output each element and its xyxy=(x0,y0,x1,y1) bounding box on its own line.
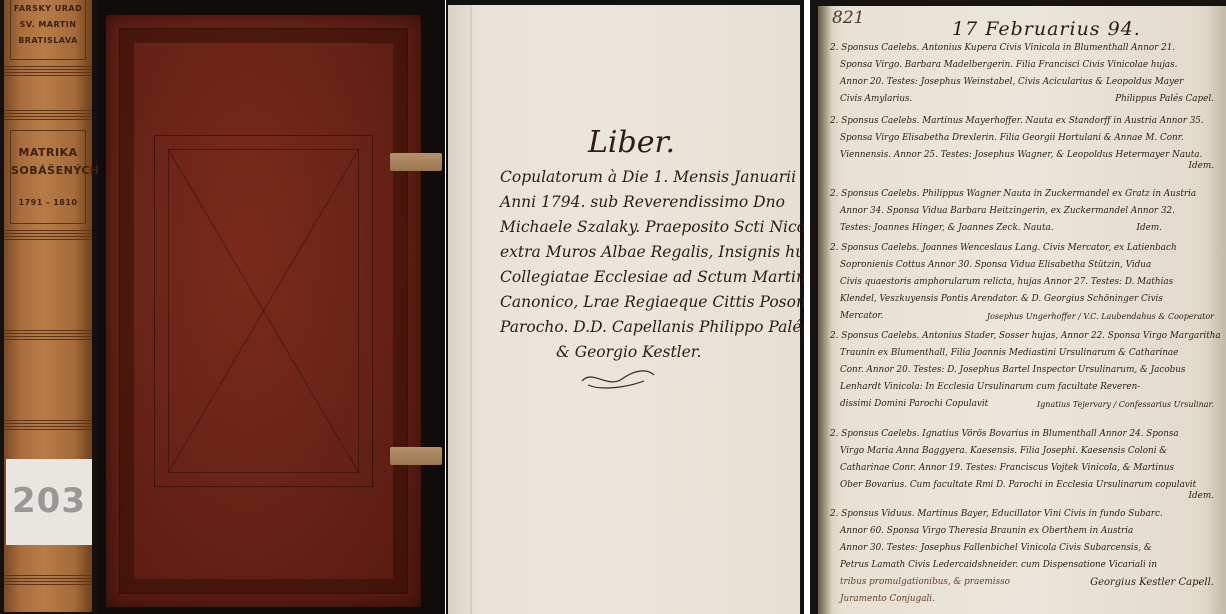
entry-line: Sopronienis Cottus Annor 30. Sponsa Vidu… xyxy=(830,257,1222,274)
title-line: Collegiatae Ecclesiae ad Sctum Martinum xyxy=(500,265,800,290)
shelf-number: 203 xyxy=(6,481,92,521)
spine-title-line-1: MATRIKA xyxy=(11,145,85,160)
entry-line: 2. Sponsus Caelebs. Philippus Wagner Nau… xyxy=(830,186,1222,203)
entry-line: Viennensis. Annor 25. Testes: Josephus W… xyxy=(830,147,1222,164)
title-line: & Georgio Kestler. xyxy=(500,340,800,365)
folio-number: 821 xyxy=(832,8,864,28)
spine-top-line-3: BRATISLAVA xyxy=(11,35,85,46)
entry-line: 2. Sponsus Caelebs. Martinus Mayerhoffer… xyxy=(830,113,1222,130)
entry-line: 2. Sponsus Caelebs. Ignatius Vörös Bovar… xyxy=(830,426,1222,443)
spine-years: 1791 - 1810 xyxy=(11,197,85,208)
title-line: Canonico, Lrae Regiaeque Cittis Posonien… xyxy=(500,290,800,315)
title-heading: Liber. xyxy=(588,125,675,160)
entry-line: Traunin ex Blumenthall, Filia Joannis Me… xyxy=(830,345,1222,362)
marriage-entry: 2. Sponsus Caelebs. Martinus Mayerhoffer… xyxy=(830,113,1222,172)
title-line: Anni 1794. sub Reverendissimo Dno xyxy=(500,190,800,215)
entry-line: Ober Bovarius. Cum facultate Rmi D. Paro… xyxy=(830,477,1222,494)
page-fold xyxy=(470,5,472,614)
entry-line: Annor 34. Sponsa Vidua Barbara Heitzinge… xyxy=(830,203,1222,220)
title-line: Parocho. D.D. Capellanis Philippo Palés xyxy=(500,315,800,340)
entry-line: 2. Sponsus Viduus. Martinus Bayer, Educi… xyxy=(830,506,1222,523)
spine-title-label: MATRIKA SOBÁŠENÝCH 1791 - 1810 xyxy=(10,130,86,224)
register-page-panel: 821 17 Februarius 94. 2. Sponsus Caelebs… xyxy=(810,0,1226,614)
spine-band xyxy=(4,420,92,430)
entry-line: Klendel, Veszkuyensis Pontis Arendator. … xyxy=(830,291,1222,308)
entry-line: Petrus Lamath Civis Ledercaidshneider. c… xyxy=(830,557,1222,574)
entry-line: Annor 30. Testes: Josephus Fallenbichel … xyxy=(830,540,1222,557)
title-page-paper: Liber. Copulatorum à Die 1. Mensis Janua… xyxy=(448,5,800,614)
book-cover-panel xyxy=(98,0,445,614)
flourish-ornament-icon xyxy=(578,363,658,393)
entry-line: 2. Sponsus Caelebs. Antonius Kupera Civi… xyxy=(830,40,1222,57)
marriage-entry: 2. Sponsus Viduus. Martinus Bayer, Educi… xyxy=(830,506,1222,608)
title-line: extra Muros Albae Regalis, Insignis huju… xyxy=(500,240,800,265)
entry-line: Virgo Maria Anna Baggyera. Kaesensis. Fi… xyxy=(830,443,1222,460)
spine-band xyxy=(4,66,92,76)
spine-leather: FARSKY URAD SV. MARTIN BRATISLAVA MATRIK… xyxy=(4,0,92,612)
spine-band xyxy=(4,330,92,340)
title-line: Michaele Szalaky. Praeposito Scti Nicola… xyxy=(500,215,800,240)
title-page-panel: Liber. Copulatorum à Die 1. Mensis Janua… xyxy=(446,0,804,614)
spine-top-line-1: FARSKY URAD xyxy=(11,3,85,14)
shelf-number-sticker: 203 xyxy=(6,459,92,545)
marriage-entry: 2. Sponsus Caelebs. Joannes Wenceslaus L… xyxy=(830,240,1222,325)
clasp-strap-bottom xyxy=(390,447,442,465)
spine-top-line-2: SV. MARTIN xyxy=(11,19,85,30)
title-text-block: Copulatorum à Die 1. Mensis Januarii Ann… xyxy=(500,165,800,365)
marriage-entry: 2. Sponsus Caelebs. Antonius Stader, Sos… xyxy=(830,328,1222,413)
clasp-strap-top xyxy=(390,153,442,171)
entry-signature: Josephus Ungerhoffer / V.C. Laubendahus … xyxy=(830,308,1222,325)
date-heading: 17 Februarius 94. xyxy=(952,18,1141,40)
spine-band xyxy=(4,110,92,120)
entry-line: Sponsa Virgo Elisabetha Drexlerin. Filia… xyxy=(830,130,1222,147)
title-line: Copulatorum à Die 1. Mensis Januarii xyxy=(500,165,800,190)
register-page-paper: 821 17 Februarius 94. 2. Sponsus Caelebs… xyxy=(818,6,1226,614)
entry-line: Annor 60. Sponsa Virgo Theresia Braunin … xyxy=(830,523,1222,540)
marriage-entry: 2. Sponsus Caelebs. Antonius Kupera Civi… xyxy=(830,40,1222,108)
entry-line: Annor 20. Testes: Josephus Weinstabel, C… xyxy=(830,74,1222,91)
spine-band xyxy=(4,230,92,240)
entry-line: Catharinae Conr. Annor 19. Testes: Franc… xyxy=(830,460,1222,477)
entry-line: Civis quaestoris amphorularum relicta, h… xyxy=(830,274,1222,291)
entry-line: 2. Sponsus Caelebs. Antonius Stader, Sos… xyxy=(830,328,1222,345)
entry-line: Juramento Conjugali. xyxy=(830,591,1222,608)
marriage-entry: 2. Sponsus Caelebs. Ignatius Vörös Bovar… xyxy=(830,426,1222,502)
entry-line: Conr. Annor 20. Testes: D. Josephus Bart… xyxy=(830,362,1222,379)
spine-band xyxy=(4,575,92,585)
marriage-entry: 2. Sponsus Caelebs. Philippus Wagner Nau… xyxy=(830,186,1222,237)
entry-line: Lenhardt Vinicola: In Ecclesia Ursulinar… xyxy=(830,379,1222,396)
book-spine-panel: FARSKY URAD SV. MARTIN BRATISLAVA MATRIK… xyxy=(0,0,98,614)
spine-top-label: FARSKY URAD SV. MARTIN BRATISLAVA xyxy=(10,0,86,60)
cover-diamond-pattern xyxy=(168,149,359,473)
entry-line: Sponsa Virgo. Barbara Madelbergerin. Fil… xyxy=(830,57,1222,74)
leather-cover-board xyxy=(106,15,421,607)
entry-line: 2. Sponsus Caelebs. Joannes Wenceslaus L… xyxy=(830,240,1222,257)
spine-title-line-2: SOBÁŠENÝCH xyxy=(11,163,85,178)
